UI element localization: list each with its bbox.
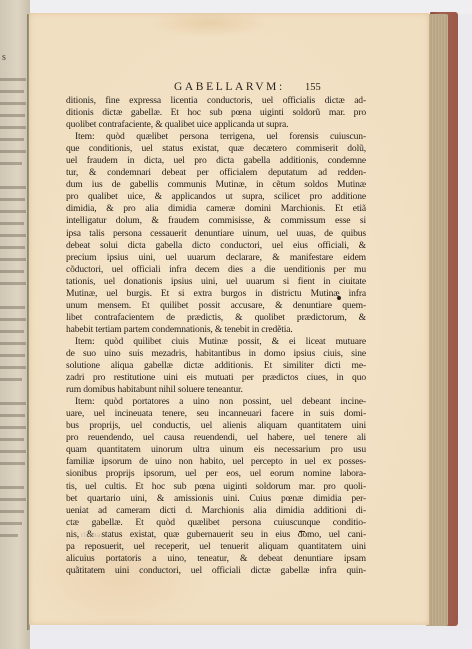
text-line: cõductori, uel officiali infra decem die… (66, 264, 366, 276)
left-facing-page: s (0, 0, 30, 649)
text-line: unum mensem. Et quilibet possit accusare… (66, 300, 366, 312)
left-page-text-line (0, 150, 26, 153)
left-page-text-line (0, 330, 24, 333)
text-line: pa reposuerit, uel receperit, uel tenuer… (66, 541, 366, 553)
text-line: Item: quòd portatores a uino non possint… (66, 396, 366, 408)
left-page-text-line (0, 90, 24, 93)
left-page-text-line (0, 534, 18, 537)
left-page-text-line (0, 282, 26, 285)
left-page-text-line (0, 270, 24, 273)
left-page-text-line (0, 414, 25, 417)
marginal-mark (337, 296, 341, 300)
left-page-text-line (0, 258, 26, 261)
text-line: quãtitatem uini conductori, uel official… (66, 565, 366, 577)
left-page-text-line (0, 438, 24, 441)
text-line: ipsa talis persona cessauerit denuntiare… (66, 228, 366, 240)
text-line: alicuius portatoris a uino, teneatur, & … (66, 553, 366, 565)
left-page-text-line (0, 246, 25, 249)
text-line: familiæ ipsorum de uino non habito, uel … (66, 456, 366, 468)
left-page-text-line (0, 126, 26, 129)
left-page-text-line (0, 522, 22, 525)
left-page-text-line (0, 402, 26, 405)
text-line: quolibet contrafaciente, & qualibet uice… (66, 119, 366, 131)
left-page-text-line (0, 234, 26, 237)
left-page-text-line (0, 498, 26, 501)
running-head: GABELLARVM: 155 (29, 81, 429, 95)
text-line: uel fraudem in dicta, uel pro dicta gabe… (66, 155, 366, 167)
left-page-text-line (0, 342, 26, 345)
left-page-text-line (0, 486, 24, 489)
text-line: de suo uino suis mezadris, habitantibus … (66, 348, 366, 360)
library-stamp: ritima (81, 531, 101, 539)
text-line: Mutinæ, uel burgis. Et si extra burgos i… (66, 288, 366, 300)
page-number: 155 (305, 82, 321, 93)
right-page: GABELLARVM: 155 ditionis, fine expressa … (29, 13, 429, 625)
text-line: dum ius de gabellis communis Mutinæ, in … (66, 179, 366, 191)
text-line: ditionis dictæ gabellæ. Et hoc sub pœna … (66, 107, 366, 119)
text-line: Item: quòd quælibet persona terrigena, u… (66, 131, 366, 143)
page-fore-edge (426, 14, 448, 626)
text-line: ditionis, fine expressa licentia conduct… (66, 95, 366, 107)
text-line: libet contrafacientem de prædictis, & qu… (66, 312, 366, 324)
left-page-text-line (0, 162, 22, 165)
body-text: ditionis, fine expressa licentia conduct… (66, 95, 366, 577)
text-line: nis, & status existat, quæ gubernauerit … (66, 529, 366, 541)
left-page-text-line (0, 354, 25, 357)
left-page-text-line (0, 318, 26, 321)
text-line: zadri pro restitutione uini eis mutuati … (66, 372, 366, 384)
text-line: bus proprijs, uel conductis, uel alienis… (66, 420, 366, 432)
text-line: intelligatur dolum, & fraudem commisisse… (66, 215, 366, 227)
text-line: quam quantitatem uinorum ultra uinum eis… (66, 444, 366, 456)
left-page-text-line (0, 366, 26, 369)
text-line: ctæ gabellæ. Et quòd quælibet persona cu… (66, 517, 366, 529)
text-line: rum domibus habitabunt nihil soluere ten… (66, 384, 366, 396)
text-line: pro qualibet uice, & applicandos ut supr… (66, 191, 366, 203)
text-line: bet quartario uini, & amissionis uini. C… (66, 493, 366, 505)
text-line: tationis, uel donationis ipsius uini, ue… (66, 276, 366, 288)
text-line: tur, & condemnari debeat per officialem … (66, 167, 366, 179)
left-page-fragment: s (2, 52, 6, 63)
backdrop-bottom (0, 630, 472, 649)
text-line: precium ipsius uini, uel uuarum declarar… (66, 252, 366, 264)
left-page-text-line (0, 102, 26, 105)
text-line: ueniat ad cameram dicti d. Marchionis al… (66, 505, 366, 517)
text-line: dimidia, & pro alia dimidia cameræ domin… (66, 203, 366, 215)
left-page-text-line (0, 210, 26, 213)
left-page-text-line (0, 450, 26, 453)
left-page-text-line (0, 138, 24, 141)
left-page-text-line (0, 510, 24, 513)
left-page-text-line (0, 222, 24, 225)
left-page-text-line (0, 306, 25, 309)
text-line: sionibus proprijs ipsorum, uel per eos, … (66, 468, 366, 480)
running-title: GABELLARVM: (174, 81, 285, 93)
left-page-text-line (0, 114, 25, 117)
text-line: pro reuendendo, uel causa reuendendi, ue… (66, 432, 366, 444)
left-page-text-line (0, 198, 25, 201)
catchword-mark (299, 531, 305, 532)
text-line: debeat solui dicta gabella dicto conduct… (66, 240, 366, 252)
book-scan: s GA (0, 0, 472, 649)
text-line: tis, uel cultis. Et hoc sub pœna uiginti… (66, 481, 366, 493)
text-line: uare, uel incineuata tenere, seu incanne… (66, 408, 366, 420)
text-line: solutione aliqua gabellæ dictæ additioni… (66, 360, 366, 372)
left-page-text-line (0, 462, 25, 465)
backdrop (0, 0, 472, 14)
left-page-text-line (0, 378, 22, 381)
text-line: Item: quòd quilibet ciuis Mutinæ possit,… (66, 336, 366, 348)
text-line: habebit tertiam partem condemnationis, &… (66, 324, 366, 336)
text-line: que conditionis, uel status existat, quæ… (66, 143, 366, 155)
left-page-text-line (0, 426, 26, 429)
left-page-text-line (0, 186, 26, 189)
left-page-text-line (0, 78, 26, 81)
